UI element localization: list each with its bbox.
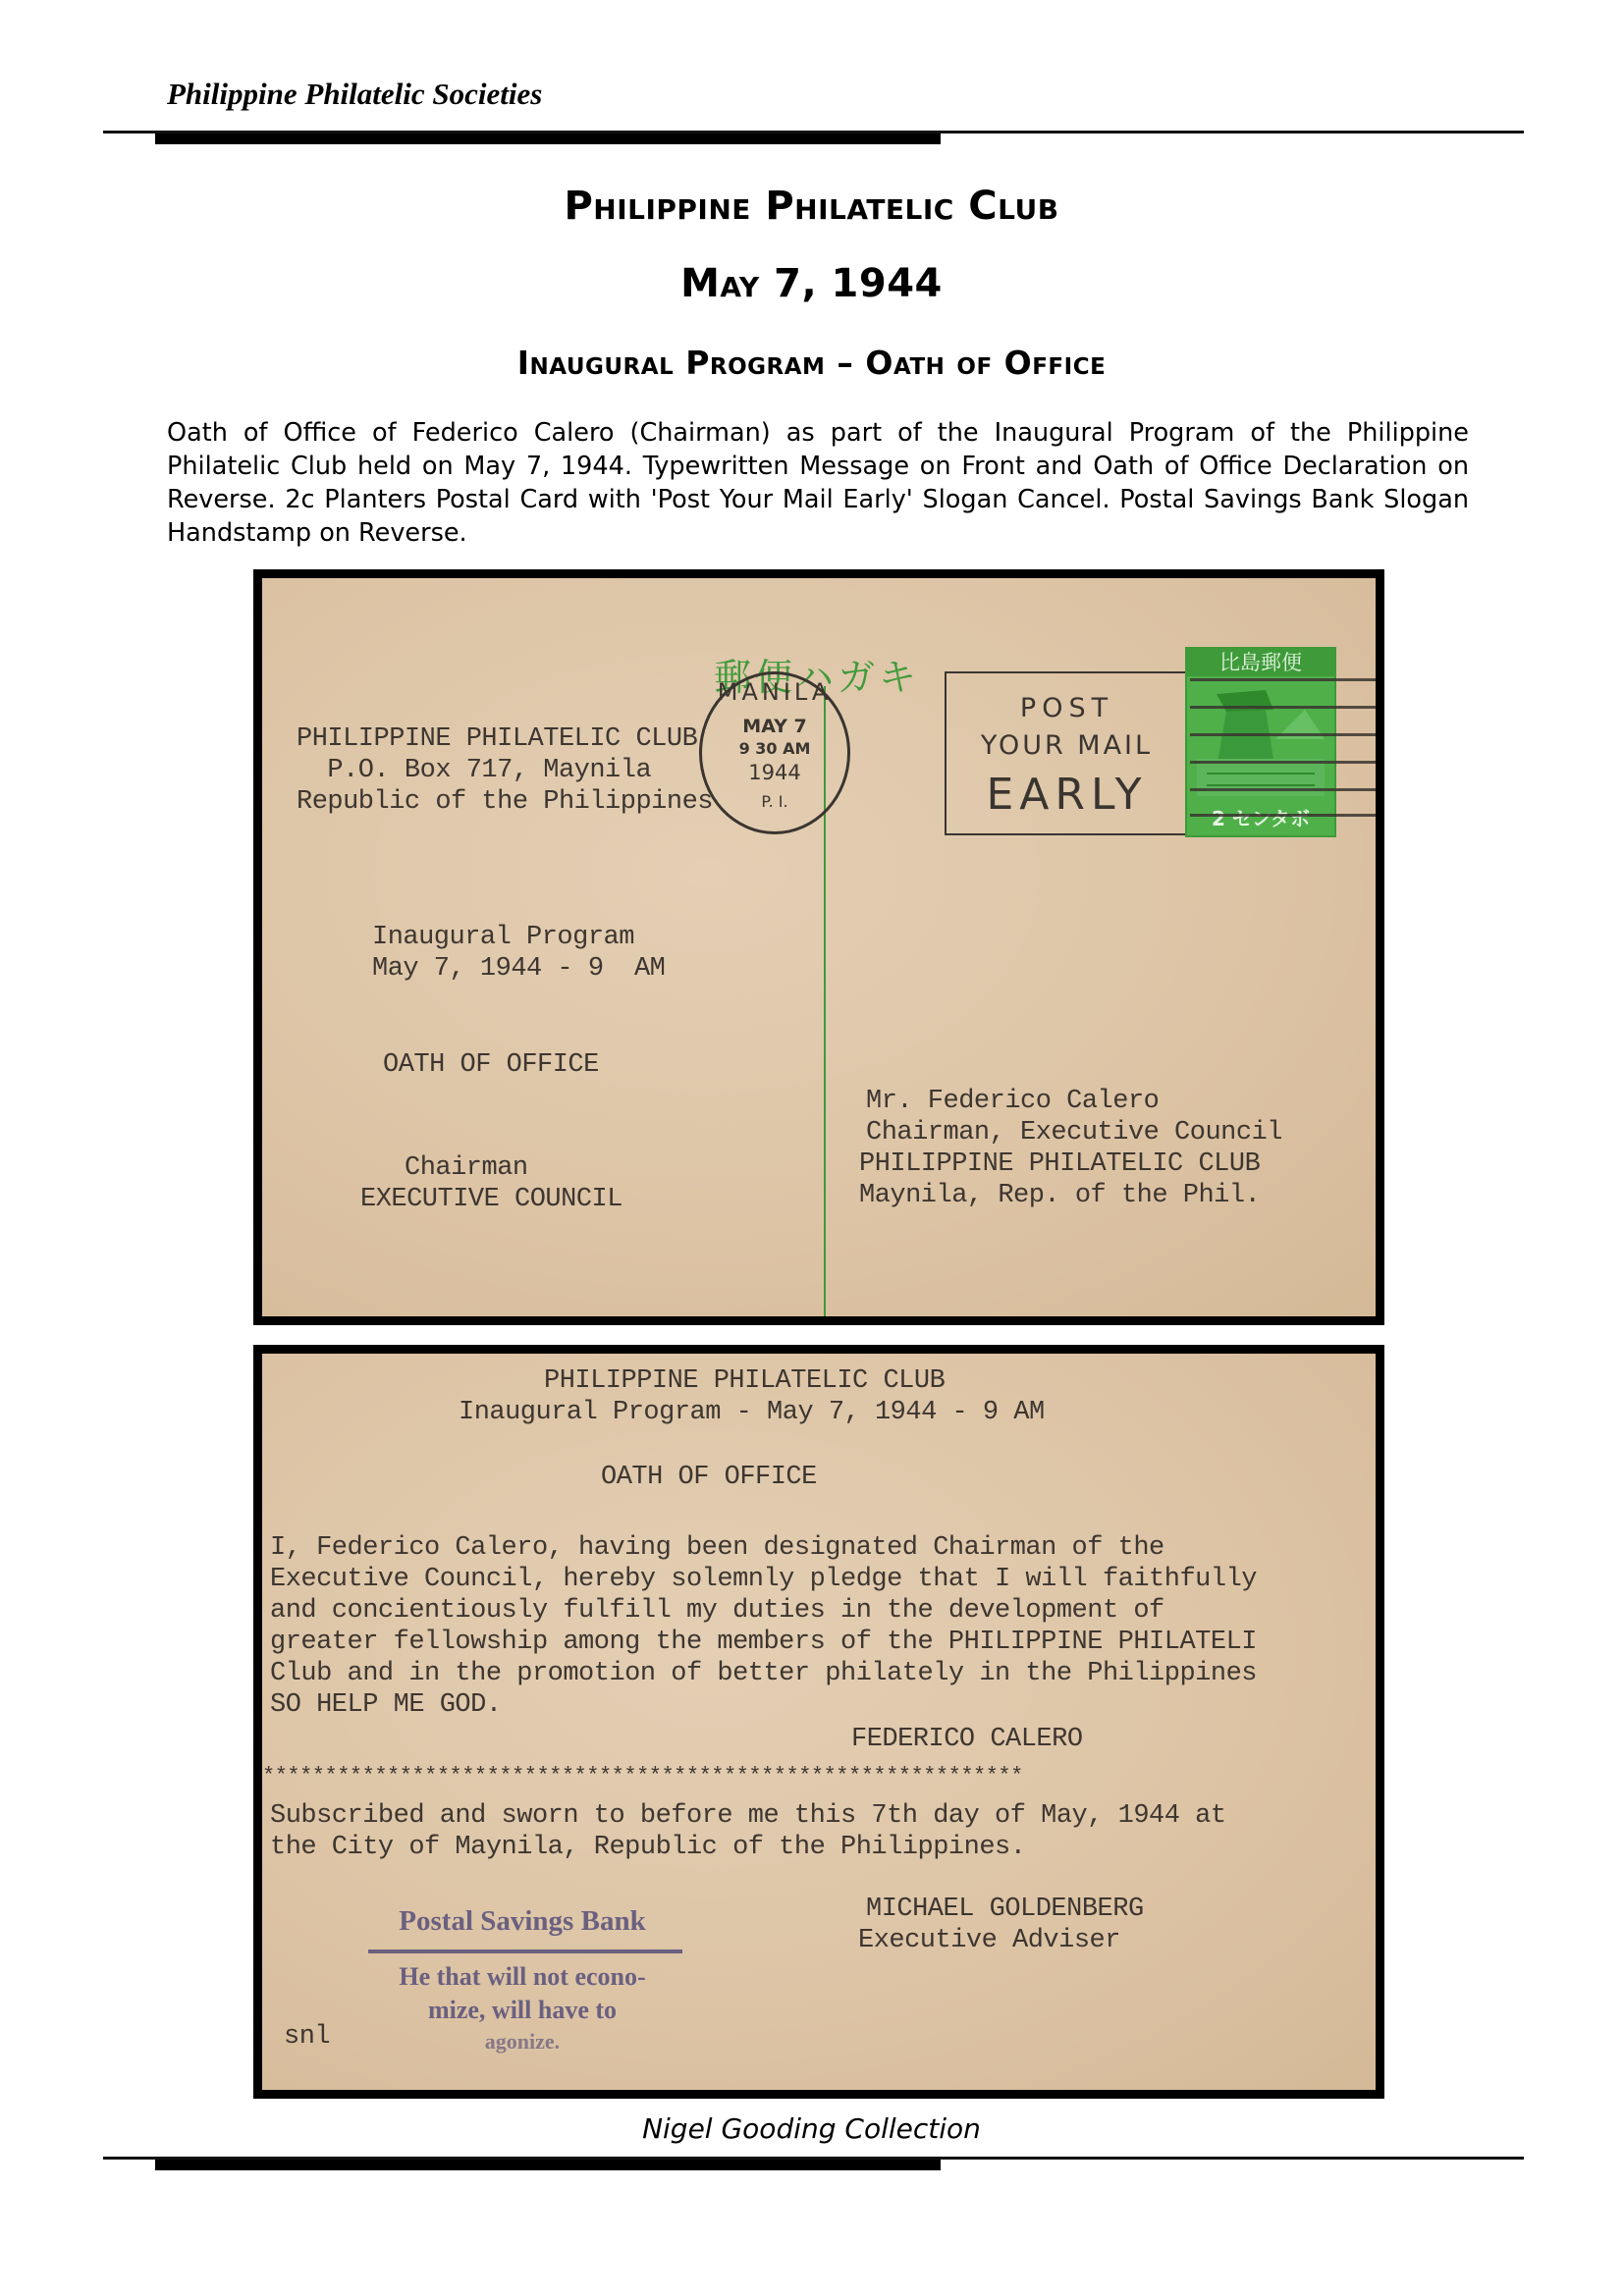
cancel-bar: [1190, 814, 1376, 817]
addressee-line-4: Maynila, Rep. of the Phil.: [859, 1180, 1260, 1211]
reverse-heading-2: Inaugural Program - May 7, 1944 - 9 AM: [459, 1397, 1045, 1428]
cancel-bar: [1190, 706, 1376, 709]
oath-line: greater fellowship among the members of …: [270, 1627, 1257, 1658]
running-header-title: Philippine Philatelic Societies: [167, 77, 542, 112]
postmark-suffix: P. I.: [702, 792, 847, 811]
manila-postmark: MANILA MAY 7 9 30 AM 1944 P. I.: [699, 671, 850, 834]
signature-federico-calero: FEDERICO CALERO: [851, 1724, 1083, 1755]
sender-line-1: PHILIPPINE PHILATELIC CLUB: [297, 723, 697, 755]
postal-card-reverse-surface: PHILIPPINE PHILATELIC CLUB Inaugural Pro…: [262, 1354, 1376, 2090]
slogan-line-1: POST: [947, 693, 1187, 723]
message-line-2: May 7, 1944 - 9 AM: [372, 953, 665, 985]
postmark-time: 9 30 AM: [702, 739, 847, 758]
sender-line-3: Republic of the Philippines: [297, 786, 713, 818]
slogan-line-3: EARLY: [947, 770, 1187, 820]
collection-caption: Nigel Gooding Collection: [0, 2112, 1623, 2145]
message-line-3: OATH OF OFFICE: [383, 1049, 599, 1081]
message-line-5: EXECUTIVE COUNCIL: [360, 1184, 622, 1215]
stamp-inscription: 比島郵便: [1187, 649, 1334, 676]
page-date: May 7, 1944: [0, 261, 1623, 306]
postal-card-front-surface: 郵便ハガキ PHILIPPINE PHILATELIC CLUB P.O. Bo…: [262, 578, 1376, 1316]
handstamp-rule: [368, 1949, 682, 1953]
page-title: Philippine Philatelic Club: [0, 184, 1623, 229]
addressee-line-1: Mr. Federico Calero: [866, 1086, 1159, 1117]
cancel-bar: [1190, 678, 1376, 681]
sender-line-2: P.O. Box 717, Maynila: [297, 755, 651, 786]
handstamp-line-3: mize, will have to: [355, 1996, 689, 2025]
description-paragraph: Oath of Office of Federico Calero (Chair…: [167, 416, 1469, 550]
asterisk-separator: ****************************************…: [262, 1761, 1023, 1792]
message-line-1: Inaugural Program: [372, 922, 634, 953]
subscribed-line: Subscribed and sworn to before me this 7…: [270, 1800, 1226, 1832]
addressee-line-2: Chairman, Executive Council: [866, 1117, 1282, 1148]
postmark-date: MAY 7: [702, 716, 847, 737]
subscribed-line: the City of Maynila, Republic of the Phi…: [270, 1832, 1025, 1863]
postmark-city: MANILA: [702, 678, 847, 706]
handstamp-line-2: He that will not econo-: [355, 1962, 689, 1992]
cancel-bar: [1190, 733, 1376, 736]
footer-rule-bar: [155, 2160, 941, 2170]
oath-line: Club and in the promotion of better phil…: [270, 1658, 1257, 1689]
signature-title: Executive Adviser: [858, 1925, 1120, 1956]
signature-michael-goldenberg: MICHAEL GOLDENBERG: [866, 1894, 1144, 1925]
cancel-bar: [1190, 761, 1376, 764]
stamp-value: 2 センタボ: [1187, 803, 1334, 831]
page-subtitle: Inaugural Program – Oath of Office: [0, 344, 1623, 382]
message-line-4: Chairman: [405, 1152, 528, 1184]
slogan-cancel-box: POST YOUR MAIL EARLY: [945, 671, 1187, 835]
postal-card-front: 郵便ハガキ PHILIPPINE PHILATELIC CLUB P.O. Bo…: [253, 569, 1384, 1325]
oath-line: SO HELP ME GOD.: [270, 1689, 502, 1721]
oath-line: Executive Council, hereby solemnly pledg…: [270, 1564, 1257, 1595]
reverse-heading-3: OATH OF OFFICE: [601, 1462, 817, 1493]
handstamp-line-4: agonize.: [355, 2029, 689, 2055]
planters-2c-stamp: 比島郵便 2 センタボ: [1185, 647, 1336, 837]
header-rule-bar: [155, 133, 941, 144]
postal-savings-bank-handstamp-title: Postal Savings Bank: [355, 1905, 689, 1938]
planter-figure-icon: [1197, 680, 1325, 796]
postal-card-reverse: PHILIPPINE PHILATELIC CLUB Inaugural Pro…: [253, 1345, 1384, 2099]
addressee-line-3: PHILIPPINE PHILATELIC CLUB: [859, 1148, 1260, 1180]
reverse-heading-1: PHILIPPINE PHILATELIC CLUB: [544, 1365, 945, 1397]
oath-line: I, Federico Calero, having been designat…: [270, 1532, 1164, 1564]
slogan-line-2: YOUR MAIL: [947, 730, 1187, 761]
postmark-year: 1944: [702, 761, 847, 784]
typist-initials: snl: [284, 2021, 330, 2053]
cancel-bar: [1190, 788, 1376, 791]
oath-line: and concientiously fulfill my duties in …: [270, 1595, 1164, 1627]
